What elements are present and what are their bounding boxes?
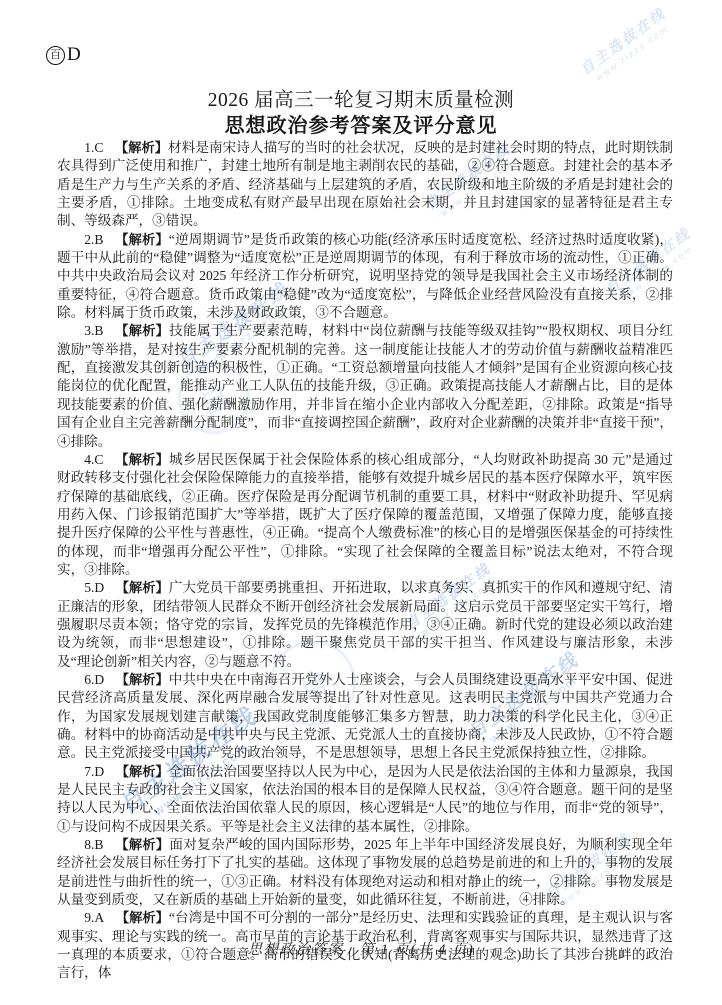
analysis-text: 技能属于生产要素范畴，材料中“岗位薪酬与技能等级双挂钩”“股权期权、项目分红激励… — [57, 323, 673, 448]
analysis-tag: 【解析】 — [115, 232, 169, 247]
item-label: 7.D — [84, 764, 104, 779]
answer-item-2: 2.B【解析】“逆周期调节”是货币政策的核心功能(经济承压时适度宽松、经济过热时… — [57, 231, 673, 323]
answer-explanations: 1.C【解析】材料是南宋诗人描写的当时的社会状况，反映的是封建社会时期的特点，此… — [57, 139, 673, 983]
analysis-text: 城乡居民医保属于社会保险体系的核心组成部分，“人均财政补助提高 30 元”是通过… — [57, 452, 673, 577]
answer-sheet-page: 自主选拔在线 www.zizzs.com 自主选拔在线 www.zizzs.co… — [0, 0, 722, 1005]
item-label: 5.D — [84, 580, 104, 595]
analysis-tag: 【解析】 — [115, 323, 169, 338]
item-label: 1.C — [84, 140, 103, 155]
item-label: 8.B — [84, 837, 103, 852]
analysis-tag: 【解析】 — [116, 764, 169, 779]
answer-item-8: 8.B【解析】面对复杂严峻的国内国际形势，2025 年上半年中国经济发展良好，为… — [57, 836, 673, 909]
page-footer: 思想政治答案 第 1 页(共 4 页) — [0, 938, 722, 959]
answer-item-1: 1.C【解析】材料是南宋诗人描写的当时的社会状况，反映的是封建社会时期的特点，此… — [57, 139, 673, 231]
exam-title: 2026 届高三一轮复习期末质量检测 — [0, 84, 722, 112]
item-label: 4.C — [84, 452, 103, 467]
analysis-tag: 【解析】 — [116, 910, 169, 925]
analysis-tag: 【解析】 — [115, 140, 168, 155]
item-label: 2.B — [84, 232, 103, 247]
watermark-stamp: 自主选拔在线 www.zizzs.com — [576, 3, 676, 87]
answer-item-7: 7.D【解析】全面依法治国要坚持以人民为中心，是因为人民是依法治国的主体和力量源… — [57, 763, 673, 836]
analysis-tag: 【解析】 — [116, 580, 169, 595]
analysis-tag: 【解析】 — [115, 452, 169, 467]
item-label: 9.A — [84, 910, 104, 925]
publisher-logo-icon: 百 — [46, 46, 65, 65]
analysis-tag: 【解析】 — [115, 837, 169, 852]
item-label: 6.D — [84, 672, 104, 687]
answer-item-6: 6.D【解析】中共中央在中南海召开党外人士座谈会，与会人员围绕建设更高水平平安中… — [57, 671, 673, 763]
answer-sheet-subtitle: 思想政治参考答案及评分意见 — [0, 109, 722, 138]
item-label: 3.B — [84, 323, 103, 338]
paper-version-letter: D — [67, 44, 81, 66]
answer-item-3: 3.B【解析】技能属于生产要素范畴，材料中“岗位薪酬与技能等级双挂钩”“股权期权… — [57, 322, 673, 450]
answer-item-5: 5.D【解析】广大党员干部要勇挑重担、开拓进取，以求真务实、真抓实干的作风和遵规… — [57, 579, 673, 671]
publisher-logo: 百 D — [46, 44, 81, 66]
answer-item-4: 4.C【解析】城乡居民医保属于社会保险体系的核心组成部分，“人均财政补助提高 3… — [57, 451, 673, 579]
analysis-tag: 【解析】 — [116, 672, 169, 687]
